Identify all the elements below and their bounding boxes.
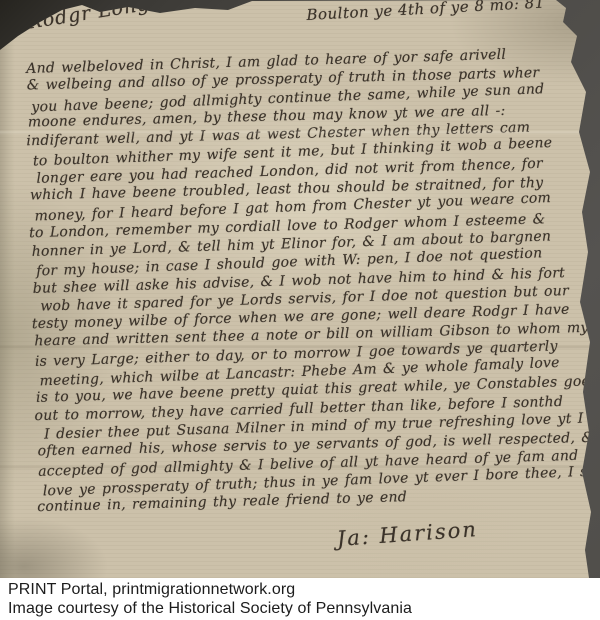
caption-bar: PRINT Portal, printmigrationnetwork.org … — [0, 578, 600, 620]
letter-body: And welbeloved in Christ, I am glad to h… — [26, 44, 595, 518]
caption-credit: Image courtesy of the Historical Society… — [8, 599, 600, 618]
caption-source: PRINT Portal, printmigrationnetwork.org — [8, 580, 600, 599]
letter-signature: Ja: Harison — [336, 517, 479, 551]
manuscript-paper: Rodgr Longworth Boulton ye 4th of ye 8 m… — [0, 0, 600, 578]
letter-addressee: Rodgr Longworth — [26, 0, 212, 34]
letter-dateline: Boulton ye 4th of ye 8 mo: 81 — [306, 0, 545, 24]
letter-photo: Rodgr Longworth Boulton ye 4th of ye 8 m… — [0, 0, 600, 620]
